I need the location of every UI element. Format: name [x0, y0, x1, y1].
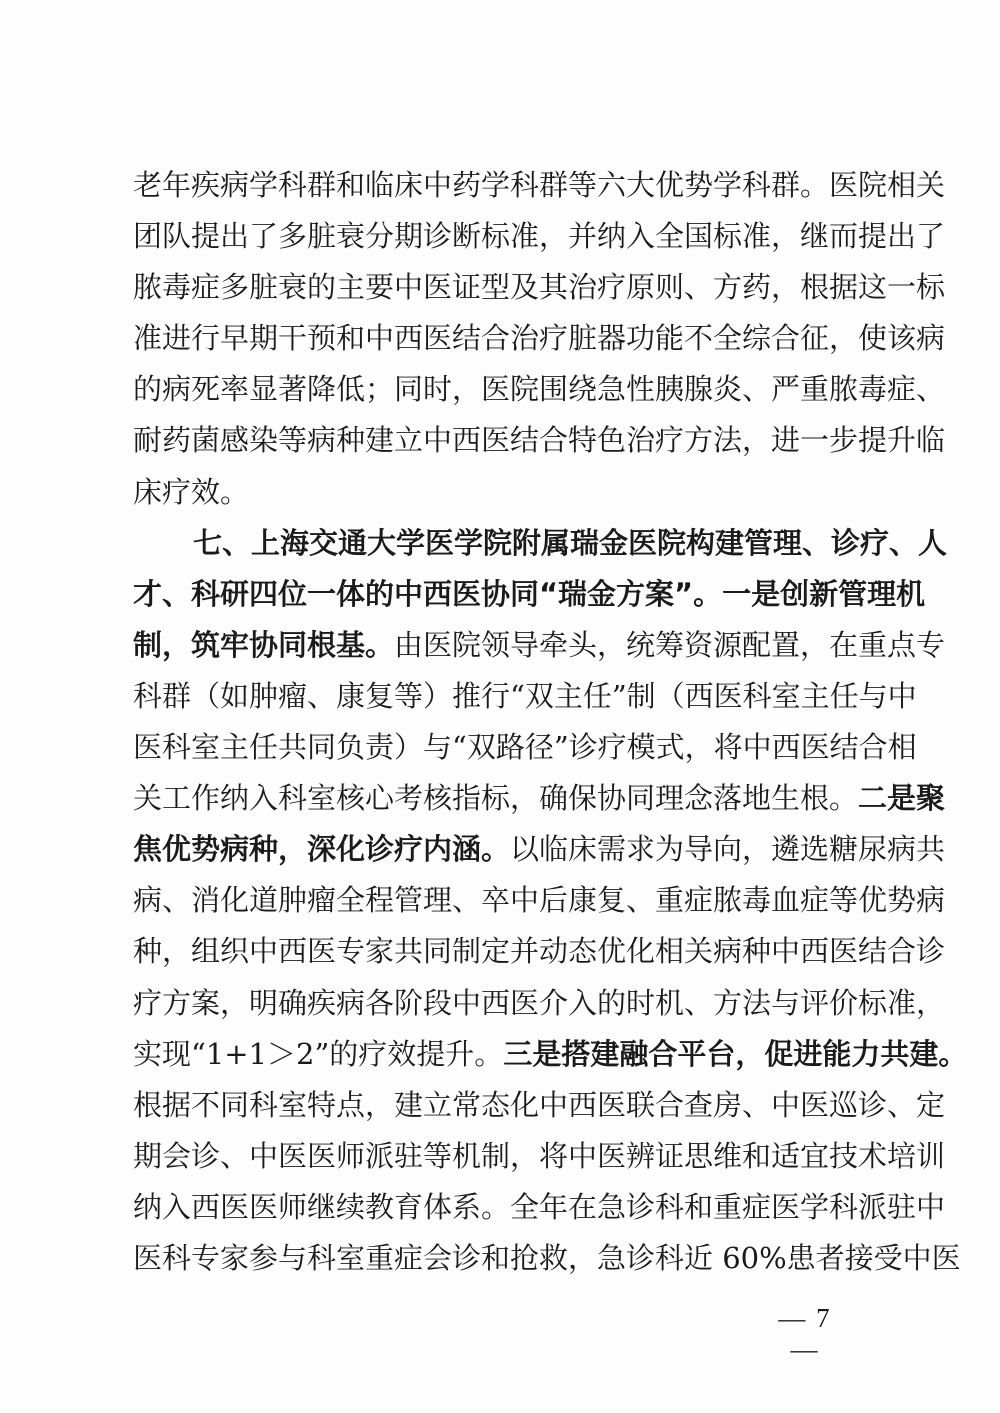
- bold-text-run: 焦优势病种，深化诊疗内涵。: [133, 832, 510, 866]
- text-run: 种，组织中西医专家共同制定并动态优化相关病种中西医结合诊: [133, 934, 945, 968]
- bold-text-run: 制，筑牢协同根基。: [133, 628, 394, 662]
- body-text: 老年疾病学科群和临床中药学科群等六大优势学科群。医院相关团队提出了多脏衰分期诊断…: [133, 160, 871, 1284]
- text-line: 准进行早期干预和中西医结合治疗脏器功能不全综合征，使该病: [133, 313, 871, 364]
- text-line: 期会诊、中医医师派驻等机制，将中医辨证思维和适宜技术培训: [133, 1131, 871, 1182]
- bold-text-run: 二是聚: [858, 781, 945, 815]
- text-run: 纳入西医医师继续教育体系。全年在急诊科和重症医学科派驻中: [133, 1190, 945, 1224]
- text-line: 制，筑牢协同根基。由医院领导牵头，统筹资源配置，在重点专: [133, 620, 871, 671]
- text-run: 床疗效。: [133, 475, 249, 509]
- text-run: 的病死率显著降低；同时，医院围绕急性胰腺炎、严重脓毒症、: [133, 372, 945, 406]
- text-run: 由医院领导牵头，统筹资源配置，在重点专: [394, 628, 945, 662]
- text-line: 种，组织中西医专家共同制定并动态优化相关病种中西医结合诊: [133, 926, 871, 977]
- bold-text-run: 三是搭建融合平台，促进能力共建。: [503, 1037, 967, 1071]
- page-number: — 7 —: [760, 1303, 850, 1365]
- text-run: 准进行早期干预和中西医结合治疗脏器功能不全综合征，使该病: [133, 321, 945, 355]
- text-run: 病、消化道肿瘤全程管理、卒中后康复、重症脓毒血症等优势病: [133, 883, 945, 917]
- text-line: 团队提出了多脏衰分期诊断标准，并纳入全国标准，继而提出了: [133, 211, 871, 262]
- text-line: 实现“1+1＞2”的疗效提升。三是搭建融合平台，促进能力共建。: [133, 1029, 871, 1080]
- text-line: 关工作纳入科室核心考核指标，确保协同理念落地生根。二是聚: [133, 773, 871, 824]
- text-line: 医科室主任共同负责）与“双路径”诊疗模式，将中西医结合相: [133, 722, 871, 773]
- text-run: 关工作纳入科室核心考核指标，确保协同理念落地生根。: [133, 781, 858, 815]
- text-run: 耐药菌感染等病种建立中西医结合特色治疗方法，进一步提升临: [133, 423, 945, 457]
- text-line: 脓毒症多脏衰的主要中医证型及其治疗原则、方药，根据这一标: [133, 262, 871, 313]
- document-page: 老年疾病学科群和临床中药学科群等六大优势学科群。医院相关团队提出了多脏衰分期诊断…: [0, 0, 1000, 1413]
- text-run: 医科室主任共同负责）与“双路径”诊疗模式，将中西医结合相: [133, 730, 917, 764]
- text-run: 脓毒症多脏衰的主要中医证型及其治疗原则、方药，根据这一标: [133, 270, 945, 304]
- text-line: 病、消化道肿瘤全程管理、卒中后康复、重症脓毒血症等优势病: [133, 875, 871, 926]
- text-line: 焦优势病种，深化诊疗内涵。以临床需求为导向，遴选糖尿病共: [133, 824, 871, 875]
- bold-text-run: 才、科研四位一体的中西医协同“瑞金方案”。: [133, 577, 722, 611]
- text-line: 医科专家参与科室重症会诊和抢救，急诊科近 60%患者接受中医: [133, 1233, 871, 1284]
- text-run: 实现“1+1＞2”的疗效提升。: [133, 1037, 503, 1071]
- text-line: 老年疾病学科群和临床中药学科群等六大优势学科群。医院相关: [133, 160, 871, 211]
- bold-text-run: 七、上海交通大学医学院附属瑞金医院构建管理、诊疗、人: [193, 526, 947, 560]
- paragraph: 七、上海交通大学医学院附属瑞金医院构建管理、诊疗、人才、科研四位一体的中西医协同…: [133, 518, 871, 1284]
- text-line: 耐药菌感染等病种建立中西医结合特色治疗方法，进一步提升临: [133, 415, 871, 466]
- text-run: 疗方案，明确疾病各阶段中西医介入的时机、方法与评价标准，: [133, 986, 945, 1020]
- text-line: 根据不同科室特点，建立常态化中西医联合查房、中医巡诊、定: [133, 1080, 871, 1131]
- text-line: 床疗效。: [133, 467, 871, 518]
- text-line: 科群（如肿瘤、康复等）推行“双主任”制（西医科室主任与中: [133, 671, 871, 722]
- text-run: 老年疾病学科群和临床中药学科群等六大优势学科群。医院相关: [133, 168, 945, 202]
- text-line: 疗方案，明确疾病各阶段中西医介入的时机、方法与评价标准，: [133, 978, 871, 1029]
- text-run: 医科专家参与科室重症会诊和抢救，急诊科近 60%患者接受中医: [133, 1241, 961, 1275]
- text-line: 的病死率显著降低；同时，医院围绕急性胰腺炎、严重脓毒症、: [133, 364, 871, 415]
- text-run: 根据不同科室特点，建立常态化中西医联合查房、中医巡诊、定: [133, 1088, 945, 1122]
- text-run: 团队提出了多脏衰分期诊断标准，并纳入全国标准，继而提出了: [133, 219, 945, 253]
- paragraph: 老年疾病学科群和临床中药学科群等六大优势学科群。医院相关团队提出了多脏衰分期诊断…: [133, 160, 871, 518]
- text-run: 科群（如肿瘤、康复等）推行“双主任”制（西医科室主任与中: [133, 679, 917, 713]
- text-line: 七、上海交通大学医学院附属瑞金医院构建管理、诊疗、人: [133, 518, 871, 569]
- text-line: 纳入西医医师继续教育体系。全年在急诊科和重症医学科派驻中: [133, 1182, 871, 1233]
- text-line: 才、科研四位一体的中西医协同“瑞金方案”。一是创新管理机: [133, 569, 871, 620]
- bold-text-run: 一是创新管理机: [722, 577, 925, 611]
- text-run: 以临床需求为导向，遴选糖尿病共: [510, 832, 945, 866]
- text-run: 期会诊、中医医师派驻等机制，将中医辨证思维和适宜技术培训: [133, 1139, 945, 1173]
